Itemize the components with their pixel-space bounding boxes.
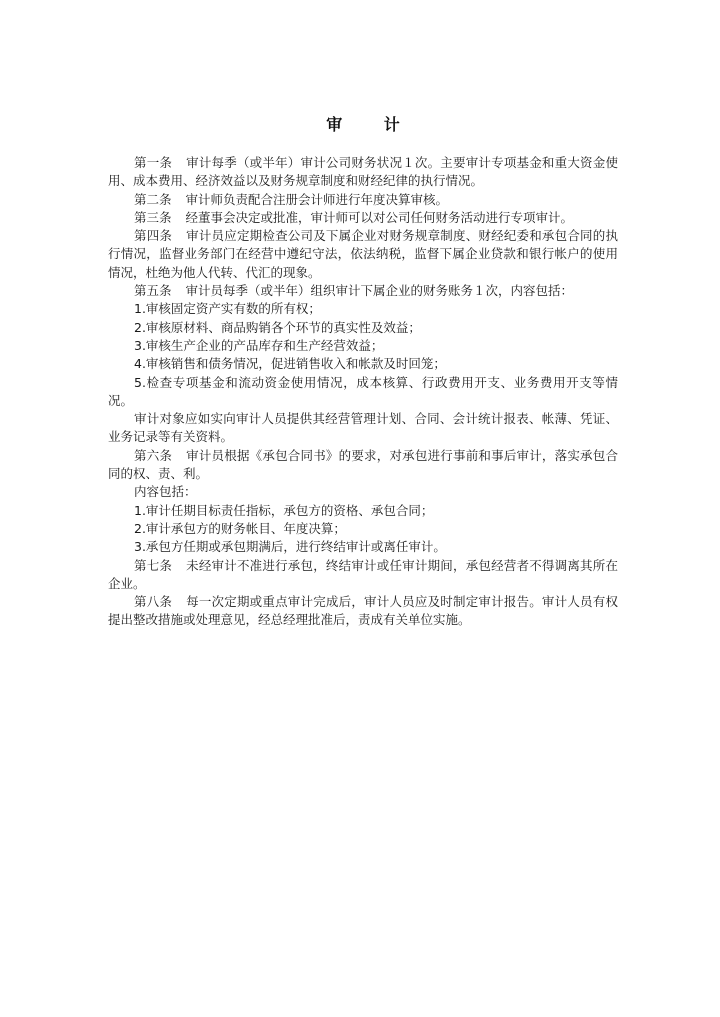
paragraph: 内容包括： — [108, 483, 618, 501]
article-label: 第四条 — [134, 228, 172, 243]
paragraph: 审计对象应如实向审计人员提供其经营管理计划、合同、会计统计报表、帐薄、凭证、业务… — [108, 410, 618, 447]
article-6: 第六条审计员根据《承包合同书》的要求，对承包进行事前和事后审计，落实承包合同的权… — [108, 447, 618, 484]
article-text: 审计员根据《承包合同书》的要求，对承包进行事前和事后审计，落实承包合同的权、责、… — [108, 448, 618, 481]
document-body: 第一条审计每季（或半年）审计公司财务状况１次。主要审计专项基金和重大资金使用、成… — [108, 154, 618, 630]
list-item: 5.检查专项基金和流动资金使用情况，成本核算、行政费用开支、业务费用开支等情况。 — [108, 374, 618, 411]
article-label: 第七条 — [134, 558, 172, 573]
article-label: 第二条 — [134, 192, 172, 207]
article-2: 第二条审计师负责配合注册会计师进行年度决算审核。 — [108, 191, 618, 209]
list-item: 2.审计承包方的财务帐目、年度决算； — [108, 520, 618, 538]
article-1: 第一条审计每季（或半年）审计公司财务状况１次。主要审计专项基金和重大资金使用、成… — [108, 154, 618, 191]
article-8: 第八条每一次定期或重点审计完成后，审计人员应及时制定审计报告。审计人员有权提出整… — [108, 593, 618, 630]
article-7: 第七条未经审计不准进行承包，终结审计或任审计期间，承包经营者不得调离其所在企业。 — [108, 557, 618, 594]
list-item: 1.审计任期目标责任指标，承包方的资格、承包合同； — [108, 502, 618, 520]
article-label: 第六条 — [134, 448, 172, 463]
article-text: 每一次定期或重点审计完成后，审计人员应及时制定审计报告。审计人员有权提出整改措施… — [108, 594, 618, 627]
document-title: 审 计 — [108, 112, 618, 135]
list-item: 4.审核销售和债务情况，促进销售收入和帐款及时回笼； — [108, 355, 618, 373]
article-text: 审计师负责配合注册会计师进行年度决算审核。 — [186, 192, 449, 207]
article-text: 经董事会决定或批准，审计师可以对公司任何财务活动进行专项审计。 — [186, 210, 574, 225]
list-item: 3.承包方任期或承包期满后，进行终结审计或离任审计。 — [108, 538, 618, 556]
article-label: 第五条 — [134, 283, 172, 298]
article-label: 第三条 — [134, 210, 172, 225]
list-item: 1.审核固定资产实有数的所有权； — [108, 300, 618, 318]
list-item: 2.审核原材料、商品购销各个环节的真实性及效益； — [108, 319, 618, 337]
list-item: 3.审核生产企业的产品库存和生产经营效益； — [108, 337, 618, 355]
article-5: 第五条审计员每季（或半年）组织审计下属企业的财务账务１次，内容包括： — [108, 282, 618, 300]
article-text: 审计员每季（或半年）组织审计下属企业的财务账务１次，内容包括： — [186, 283, 574, 298]
article-3: 第三条经董事会决定或批准，审计师可以对公司任何财务活动进行专项审计。 — [108, 209, 618, 227]
article-label: 第八条 — [134, 594, 172, 609]
article-text: 未经审计不准进行承包，终结审计或任审计期间，承包经营者不得调离其所在企业。 — [108, 558, 618, 591]
article-4: 第四条审计员应定期检查公司及下属企业对财务规章制度、财经纪委和承包合同的执行情况… — [108, 227, 618, 282]
article-text: 审计每季（或半年）审计公司财务状况１次。主要审计专项基金和重大资金使用、成本费用… — [108, 155, 618, 188]
article-text: 审计员应定期检查公司及下属企业对财务规章制度、财经纪委和承包合同的执行情况，监督… — [108, 228, 618, 280]
article-label: 第一条 — [134, 155, 172, 170]
